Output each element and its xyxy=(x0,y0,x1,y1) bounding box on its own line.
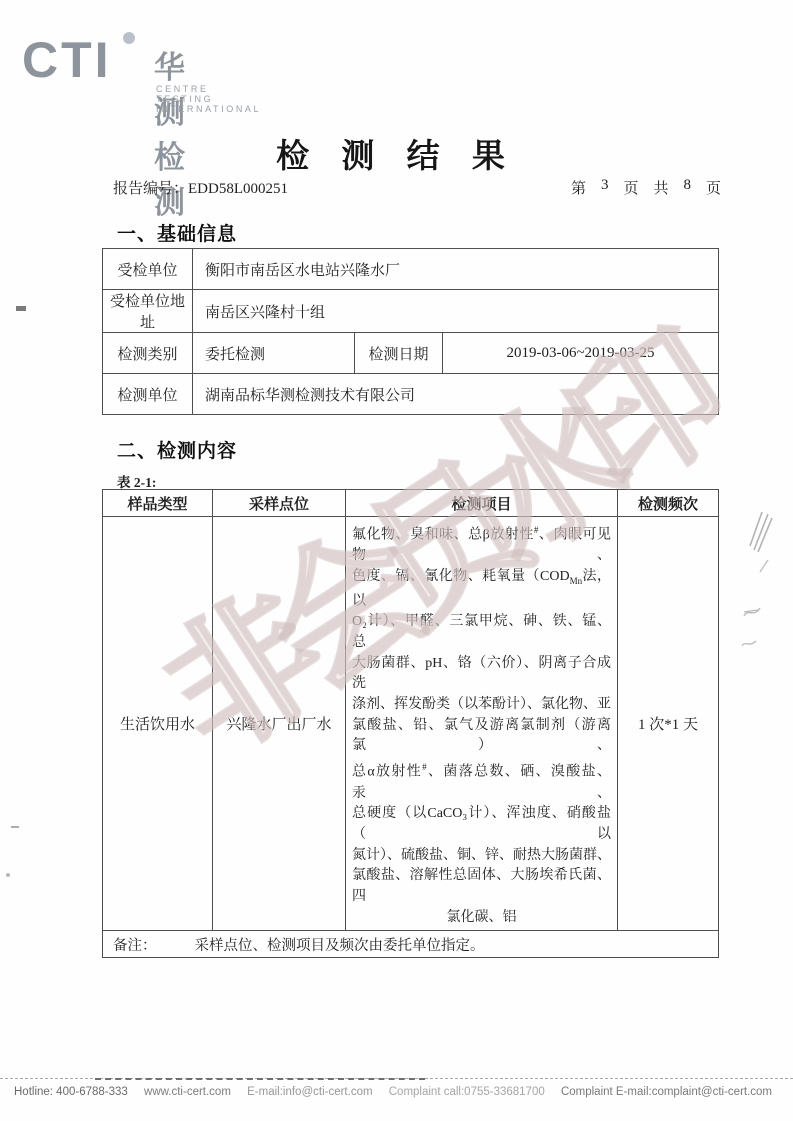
test-items-line: 氯酸盐、溶解性总固体、大肠埃希氏菌、四 xyxy=(352,866,611,907)
page-number-line: 第 3 页 共 8 页 xyxy=(571,177,721,198)
column-header: 检测项目 xyxy=(346,490,618,517)
remark-label: 备注： xyxy=(113,938,157,954)
table-row: 检测单位 湖南品标华测检测技术有限公司 xyxy=(103,374,719,415)
row-value: 南岳区兴隆村十组 xyxy=(193,290,719,333)
row-label: 检测单位 xyxy=(103,374,193,415)
cti-logo-caption: CENTRE TESTING INTERNATIONAL xyxy=(156,84,261,114)
test-items-line: 总α放射性#、菌落总数、硒、溴酸盐、汞、 xyxy=(352,757,611,804)
pen-scribble-mark xyxy=(758,558,770,574)
test-items-line: O₂计）、甲醛、三氯甲烷、砷、铁、锰、总 xyxy=(352,612,611,653)
row-value: 委托检测 xyxy=(193,333,355,374)
test-content-table: 样品类型 采样点位 检测项目 检测频次 生活饮用水 兴隆水厂出厂水 氟化物、臭和… xyxy=(102,489,719,958)
report-number-value: EDD58L000251 xyxy=(188,181,288,197)
row-label: 受检单位 xyxy=(103,249,193,290)
footer-website-link[interactable]: www.cti-cert.com xyxy=(144,1086,231,1098)
scan-mark xyxy=(6,873,10,877)
sample-type-cell: 生活饮用水 xyxy=(103,517,213,931)
column-header: 采样点位 xyxy=(213,490,346,517)
footer-complaint-call: Complaint call:0755-33681700 xyxy=(389,1086,545,1098)
report-number-label: 报告编号： xyxy=(113,181,188,197)
row-label: 检测日期 xyxy=(355,333,443,374)
scan-mark xyxy=(16,306,26,311)
page-word: 第 xyxy=(571,177,586,198)
test-items-line: 氟化物、臭和味、总β放射性#、肉眼可见物、 xyxy=(352,520,611,567)
frequency-cell: 1 次*1 天 xyxy=(618,517,719,931)
remark-text: 采样点位、检测项目及频次由委托单位指定。 xyxy=(195,938,485,954)
sampling-point-cell: 兴隆水厂出厂水 xyxy=(213,517,346,931)
page-word: 页 xyxy=(706,177,721,198)
remark-cell: 备注：采样点位、检测项目及频次由委托单位指定。 xyxy=(103,931,719,958)
row-label: 受检单位地址 xyxy=(103,290,193,333)
column-header: 检测频次 xyxy=(618,490,719,517)
test-items-line: 色度、镉、氰化物、耗氧量（CODMn法，以 xyxy=(352,567,611,612)
page-total: 8 xyxy=(683,177,691,198)
table-2-1-label: 表 2-1: xyxy=(117,471,156,491)
pen-scribble-mark xyxy=(748,510,774,554)
cti-logo-abbr: CTI xyxy=(22,32,112,88)
row-label: 检测类别 xyxy=(103,333,193,374)
test-items-line: 氯化碳、铝 xyxy=(352,908,611,929)
section-title-test-content: 二、检测内容 xyxy=(117,436,237,463)
cti-logo: CTI 华测检测 CENTRE TESTING INTERNATIONAL xyxy=(22,30,112,96)
table-row: 检测类别 委托检测 检测日期 2019-03-06~2019-03-25 xyxy=(103,333,719,374)
page-word: 页 xyxy=(623,177,638,198)
pen-scribble-mark xyxy=(740,636,758,650)
page-footer: Hotline: 400-6788-333 www.cti-cert.com E… xyxy=(0,1078,793,1098)
footer-divider xyxy=(95,1078,425,1080)
table-row: 受检单位地址 南岳区兴隆村十组 xyxy=(103,290,719,333)
page-current: 3 xyxy=(601,177,609,198)
test-items-line: 氮计）、硫酸盐、铜、锌、耐热大肠菌群、 xyxy=(352,846,611,867)
footer-hotline: Hotline: 400-6788-333 xyxy=(14,1086,128,1098)
table-header-row: 样品类型 采样点位 检测项目 检测频次 xyxy=(103,490,719,517)
section-title-basic-info: 一、基础信息 xyxy=(117,219,237,246)
scan-mark xyxy=(11,826,19,828)
test-items-cell: 氟化物、臭和味、总β放射性#、肉眼可见物、 色度、镉、氰化物、耗氧量（CODMn… xyxy=(346,517,618,931)
table-row: 受检单位 衡阳市南岳区水电站兴隆水厂 xyxy=(103,249,719,290)
test-items-line: 总硬度（以CaCO₃计）、浑浊度、硝酸盐（以 xyxy=(352,804,611,845)
report-page: CTI 华测检测 CENTRE TESTING INTERNATIONAL 检 … xyxy=(0,0,793,1121)
test-date-value: 2019-03-06~2019-03-25 xyxy=(443,333,719,374)
footer-complaint-email-link[interactable]: Complaint E-mail:complaint@cti-cert.com xyxy=(561,1086,772,1098)
table-row: 生活饮用水 兴隆水厂出厂水 氟化物、臭和味、总β放射性#、肉眼可见物、 色度、镉… xyxy=(103,517,719,931)
basic-info-table: 受检单位 衡阳市南岳区水电站兴隆水厂 受检单位地址 南岳区兴隆村十组 检测类别 … xyxy=(102,248,719,415)
test-items-line: 氯酸盐、铅、氯气及游离氯制剂（游离氯）、 xyxy=(352,716,611,757)
remark-row: 备注：采样点位、检测项目及频次由委托单位指定。 xyxy=(103,931,719,958)
test-items-line: 涤剂、挥发酚类（以苯酚计）、氯化物、亚 xyxy=(352,695,611,716)
row-value: 湖南品标华测检测技术有限公司 xyxy=(193,374,719,415)
page-title: 检 测 结 果 xyxy=(0,130,793,177)
page-word: 共 xyxy=(653,177,668,198)
report-number-line: 报告编号：EDD58L000251 xyxy=(113,177,288,198)
footer-contact-line: Hotline: 400-6788-333 www.cti-cert.com E… xyxy=(0,1079,793,1098)
row-value: 衡阳市南岳区水电站兴隆水厂 xyxy=(193,249,719,290)
pen-scribble-mark xyxy=(742,604,762,620)
test-items-line: 大肠菌群、pH、铬（六价）、阴离子合成洗 xyxy=(352,654,611,695)
cti-logo-dot-icon xyxy=(123,32,135,44)
footer-email-link[interactable]: E-mail:info@cti-cert.com xyxy=(247,1086,372,1098)
column-header: 样品类型 xyxy=(103,490,213,517)
